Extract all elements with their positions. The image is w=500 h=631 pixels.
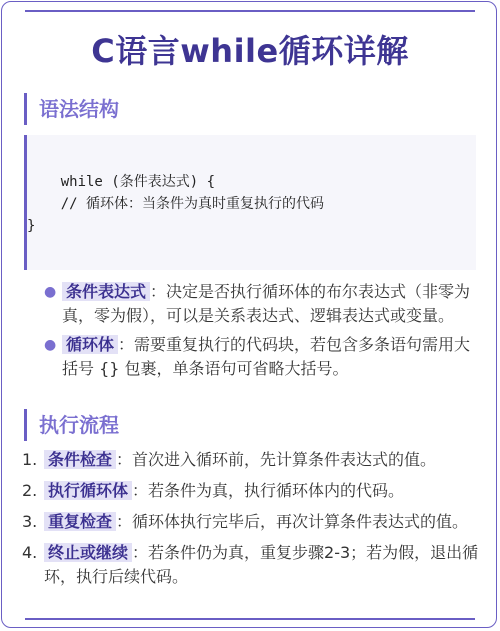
code-line: while (条件表达式) { [27,171,476,193]
bullet-dot-icon: ● [44,333,56,357]
step-number: 1. [22,448,37,472]
page-title: C语言while循环详解 [0,26,500,72]
list-item: 1. 条件检查：首次进入循环前，先计算条件表达式的值。 [22,448,482,472]
term-highlight: 终止或继续 [44,543,132,562]
list-item: 3. 重复检查：循环体执行完毕后，再次计算条件表达式的值。 [22,510,482,534]
code-block: while (条件表达式) { // 循环体：当条件为真时重复执行的代码 } [24,135,476,270]
bottom-divider [25,618,475,620]
flow-step-list: 1. 条件检查：首次进入循环前，先计算条件表达式的值。 2. 执行循环体：若条件… [22,448,482,596]
step-description: ：若条件为真，执行循环体内的代码。 [132,481,404,500]
term-highlight: 条件检查 [44,450,116,469]
term-highlight: 执行循环体 [44,481,132,500]
term-highlight: 重复检查 [44,512,116,531]
term-highlight: 条件表达式 [62,282,150,301]
list-item: ● 条件表达式：决定是否执行循环体的布尔表达式（非零为真，零为假），可以是关系表… [40,280,480,328]
step-number: 2. [22,479,37,503]
syntax-bullet-list: ● 条件表达式：决定是否执行循环体的布尔表达式（非零为真，零为假），可以是关系表… [40,280,480,386]
step-description: ：循环体执行完毕后，再次计算条件表达式的值。 [116,512,468,531]
term-description: ：需要重复执行的代码块，若包含多条语句需用大括号 {} 包裹，单条语句可省略大括… [62,335,470,378]
list-item: 2. 执行循环体：若条件为真，执行循环体内的代码。 [22,479,482,503]
term-highlight: 循环体 [62,335,118,354]
bullet-dot-icon: ● [44,280,56,304]
section-heading-flow: 执行流程 [24,409,119,441]
list-item: ● 循环体：需要重复执行的代码块，若包含多条语句需用大括号 {} 包裹，单条语句… [40,333,480,381]
code-line: // 循环体：当条件为真时重复执行的代码 [27,193,476,215]
top-divider [25,10,475,12]
step-number: 3. [22,510,37,534]
section-heading-syntax: 语法结构 [24,93,119,125]
step-description: ：首次进入循环前，先计算条件表达式的值。 [116,450,436,469]
code-line: } [27,215,476,237]
list-item: 4. 终止或继续：若条件仍为真，重复步骤2-3；若为假，退出循环，执行后续代码。 [22,541,482,589]
step-number: 4. [22,541,37,565]
